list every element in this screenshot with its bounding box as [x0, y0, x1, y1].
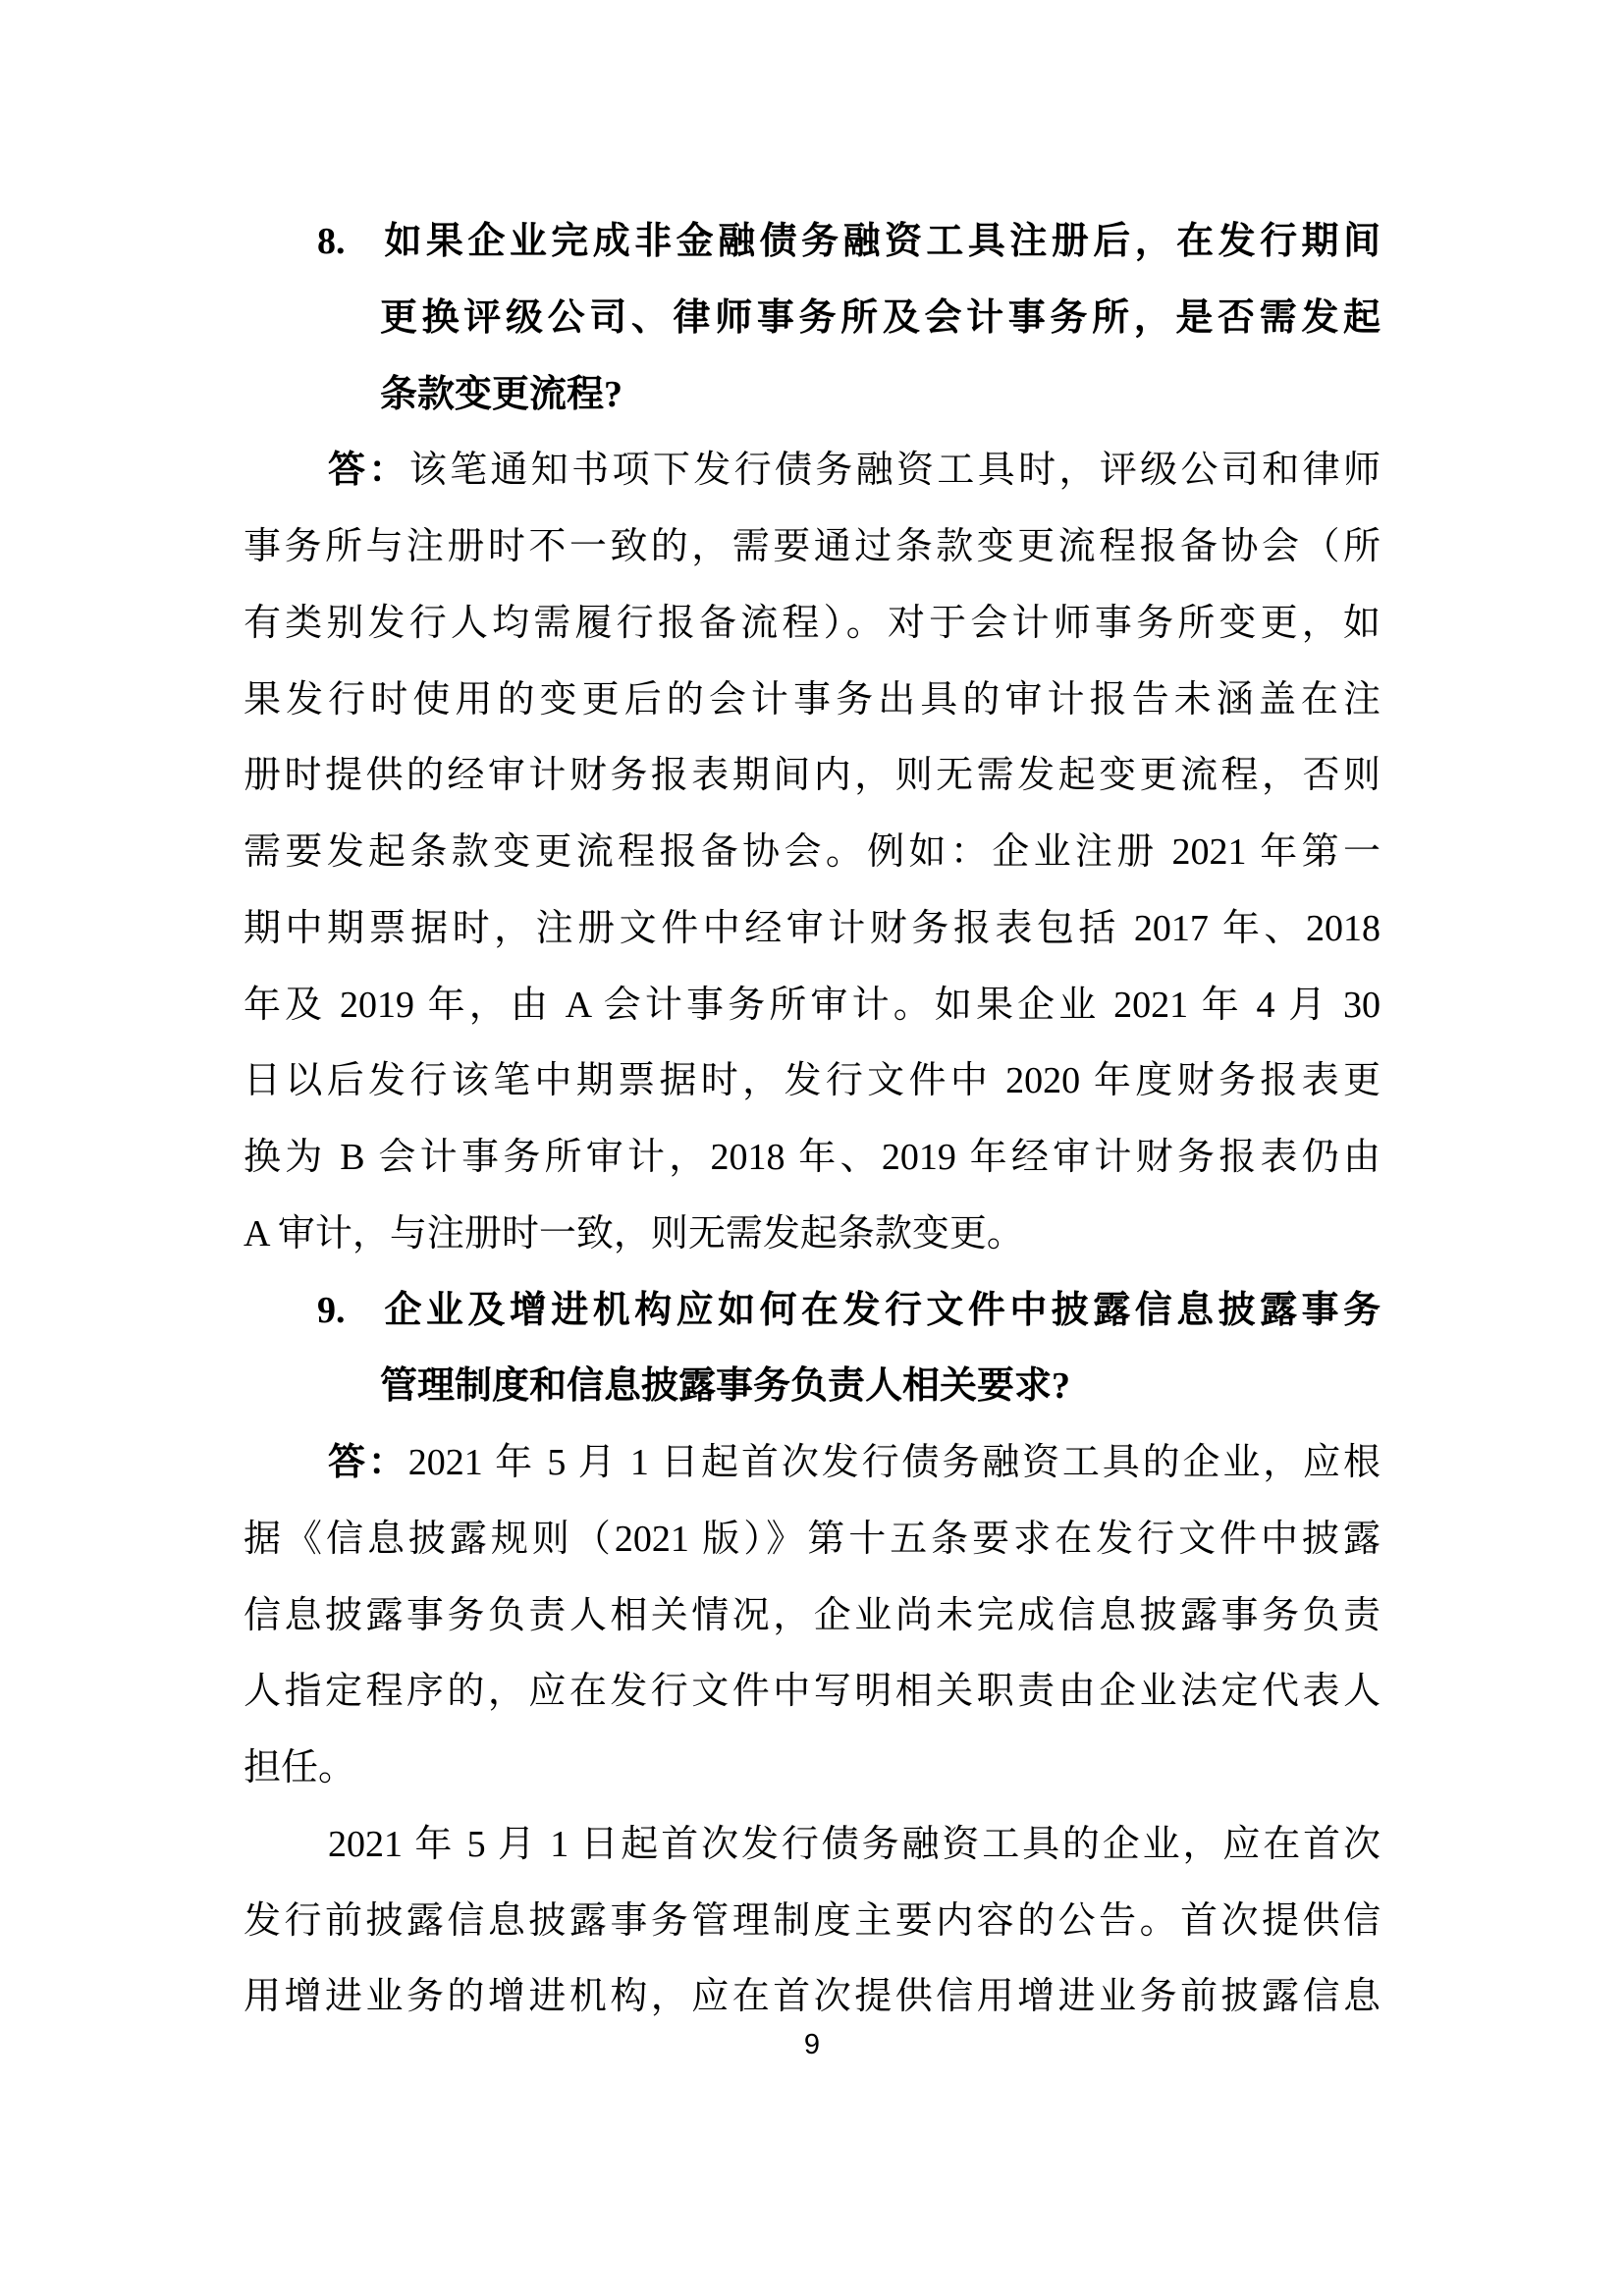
paragraph-3-line-1: 2021 年 5 月 1 日起首次发行债务融资工具的企业，应在首次	[244, 1807, 1380, 1884]
document-page: 8.如果企业完成非金融债务融资工具注册后，在发行期间 更换评级公司、律师事务所及…	[0, 0, 1624, 2296]
question-8-line-1: 8.如果企业完成非金融债务融资工具注册后，在发行期间	[244, 204, 1380, 281]
answer-9-line-1: 答：2021 年 5 月 1 日起首次发行债务融资工具的企业，应根	[244, 1425, 1380, 1502]
answer-8-text-1: 该笔通知书项下发行债务融资工具时，评级公司和律师	[409, 450, 1380, 491]
answer-9-label: 答：	[328, 1442, 408, 1483]
answer-8-line-9: 日以后发行该笔中期票据时，发行文件中 2020 年度财务报表更	[244, 1043, 1380, 1120]
answer-8-label: 答：	[328, 450, 409, 491]
answer-9-line-3: 信息披露事务负责人相关情况，企业尚未完成信息披露事务负责	[244, 1578, 1380, 1655]
paragraph-3-line-2: 发行前披露信息披露事务管理制度主要内容的公告。首次提供信	[244, 1884, 1380, 1960]
question-8-text-1: 如果企业完成非金融债务融资工具注册后，在发行期间	[380, 221, 1380, 262]
answer-8-line-10: 换为 B 会计事务所审计，2018 年、2019 年经审计财务报表仍由	[244, 1120, 1380, 1197]
question-8-line-3: 条款变更流程?	[244, 357, 1380, 434]
answer-8-line-2: 事务所与注册时不一致的，需要通过条款变更流程报备协会（所	[244, 509, 1380, 586]
question-9-line-1: 9.企业及增进机构应如何在发行文件中披露信息披露事务	[244, 1273, 1380, 1350]
question-8-line-2: 更换评级公司、律师事务所及会计事务所，是否需发起	[244, 281, 1380, 357]
question-8-number: 8.	[317, 204, 380, 281]
question-9-number: 9.	[317, 1273, 380, 1350]
answer-8-line-3: 有类别发行人均需履行报备流程）。对于会计师事务所变更，如	[244, 586, 1380, 663]
question-9-text-1: 企业及增进机构应如何在发行文件中披露信息披露事务	[380, 1290, 1380, 1331]
page-number: 9	[244, 2028, 1380, 2061]
answer-9-line-5: 担任。	[244, 1731, 1380, 1807]
answer-9-text-1: 2021 年 5 月 1 日起首次发行债务融资工具的企业，应根	[408, 1442, 1380, 1483]
answer-8-line-4: 果发行时使用的变更后的会计事务出具的审计报告未涵盖在注	[244, 663, 1380, 739]
answer-8-line-1: 答：该笔通知书项下发行债务融资工具时，评级公司和律师	[244, 433, 1380, 509]
paragraph-3-line-3: 用增进业务的增进机构，应在首次提供信用增进业务前披露信息	[244, 1959, 1380, 2036]
answer-9-line-2: 据《信息披露规则（2021 版）》第十五条要求在发行文件中披露	[244, 1502, 1380, 1578]
answer-8-line-11: A 审计，与注册时一致，则无需发起条款变更。	[244, 1197, 1380, 1273]
answer-8-line-7: 期中期票据时，注册文件中经审计财务报表包括 2017 年、2018	[244, 891, 1380, 968]
answer-8-line-6: 需要发起条款变更流程报备协会。例如：企业注册 2021 年第一	[244, 815, 1380, 891]
question-9-line-2: 管理制度和信息披露事务负责人相关要求?	[244, 1349, 1380, 1425]
answer-9-line-4: 人指定程序的，应在发行文件中写明相关职责由企业法定代表人	[244, 1654, 1380, 1731]
answer-8-line-5: 册时提供的经审计财务报表期间内，则无需发起变更流程，否则	[244, 738, 1380, 815]
answer-8-line-8: 年及 2019 年，由 A 会计事务所审计。如果企业 2021 年 4 月 30	[244, 968, 1380, 1044]
text-block: 8.如果企业完成非金融债务融资工具注册后，在发行期间 更换评级公司、律师事务所及…	[244, 204, 1380, 2036]
